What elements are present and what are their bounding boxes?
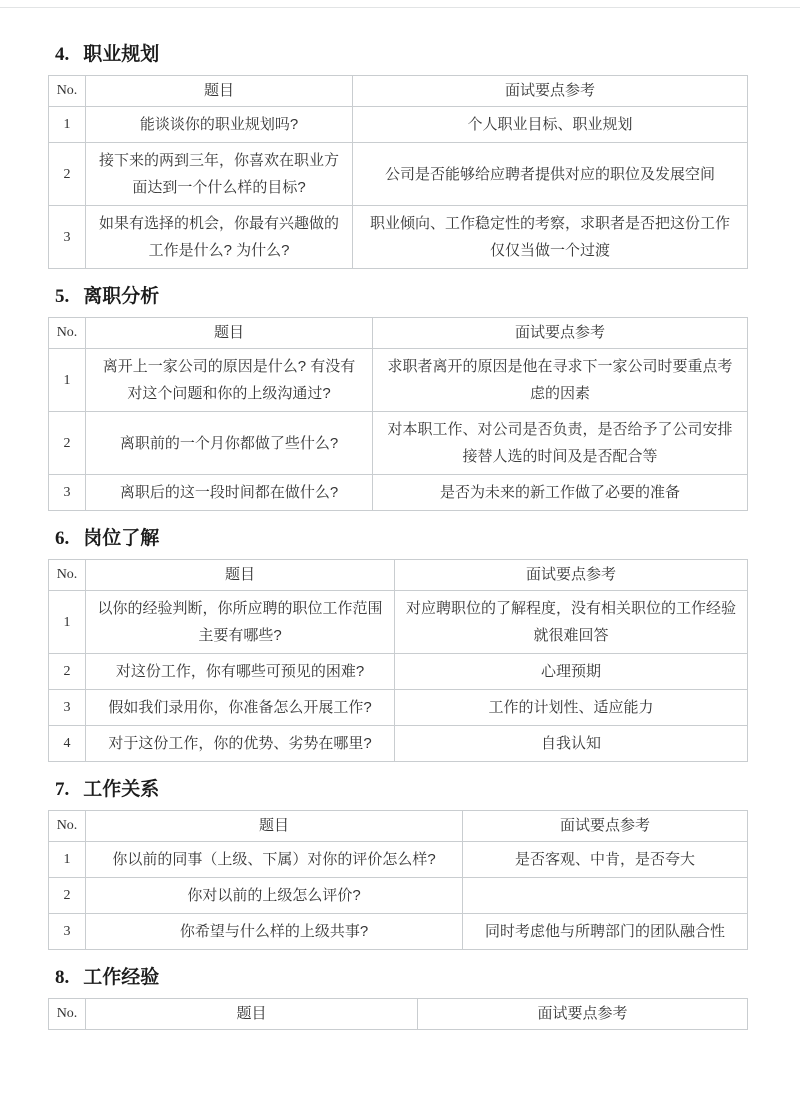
question-cell: 离开上一家公司的原因是什么? 有没有对这个问题和你的上级沟通过? [86, 349, 373, 412]
section-title: 5. 离职分析 [55, 286, 748, 308]
header-cell-question: 题目 [86, 76, 353, 107]
points-cell: 公司是否能够给应聘者提供对应的职位及发展空间 [353, 143, 748, 206]
section-title-text: 岗位了解 [83, 528, 159, 550]
header-cell-question: 题目 [86, 811, 463, 842]
document-page: 4. 职业规划 No. 题目 面试要点参考 1 能谈谈你的职业规划吗? 个人职业… [0, 0, 800, 1030]
row-number-cell: 2 [49, 143, 86, 206]
header-cell-question: 题目 [86, 999, 418, 1030]
section-title-text: 工作关系 [83, 779, 159, 801]
row-number-cell: 2 [49, 412, 86, 475]
table-row: 3 离职后的这一段时间都在做什么? 是否为未来的新工作做了必要的准备 [49, 475, 748, 511]
row-number-cell: 3 [49, 206, 86, 269]
qa-table-work-experience: No. 题目 面试要点参考 [48, 998, 748, 1030]
section-number: 7. [55, 779, 69, 801]
table-row: 2 离职前的一个月你都做了些什么? 对本职工作、对公司是否负责，是否给予了公司安… [49, 412, 748, 475]
table-header-row: No. 题目 面试要点参考 [49, 560, 748, 591]
section-career-planning: 4. 职业规划 No. 题目 面试要点参考 1 能谈谈你的职业规划吗? 个人职业… [48, 44, 748, 269]
header-cell-no: No. [49, 560, 86, 591]
qa-table-career-planning: No. 题目 面试要点参考 1 能谈谈你的职业规划吗? 个人职业目标、职业规划 … [48, 75, 748, 269]
question-cell: 你对以前的上级怎么评价? [86, 878, 463, 914]
section-title: 6. 岗位了解 [55, 528, 748, 550]
qa-table-work-relationships: No. 题目 面试要点参考 1 你以前的同事（上级、下属）对你的评价怎么样? 是… [48, 810, 748, 950]
question-cell: 以你的经验判断，你所应聘的职位工作范围主要有哪些? [86, 591, 395, 654]
section-title-text: 离职分析 [83, 286, 159, 308]
points-cell: 对本职工作、对公司是否负责，是否给予了公司安排接替人选的时间及是否配合等 [373, 412, 748, 475]
table-row: 4 对于这份工作，你的优势、劣势在哪里? 自我认知 [49, 726, 748, 762]
question-cell: 你以前的同事（上级、下属）对你的评价怎么样? [86, 842, 463, 878]
section-work-relationships: 7. 工作关系 No. 题目 面试要点参考 1 你以前的同事（上级、下属）对你的… [48, 779, 748, 950]
header-cell-question: 题目 [86, 318, 373, 349]
points-cell: 求职者离开的原因是他在寻求下一家公司时要重点考虑的因素 [373, 349, 748, 412]
row-number-cell: 3 [49, 475, 86, 511]
question-cell: 能谈谈你的职业规划吗? [86, 107, 353, 143]
question-cell: 对于这份工作，你的优势、劣势在哪里? [86, 726, 395, 762]
row-number-cell: 1 [49, 107, 86, 143]
header-cell-no: No. [49, 811, 86, 842]
header-cell-points: 面试要点参考 [418, 999, 748, 1030]
section-position-understanding: 6. 岗位了解 No. 题目 面试要点参考 1 以你的经验判断，你所应聘的职位工… [48, 528, 748, 762]
header-cell-no: No. [49, 318, 86, 349]
table-row: 3 假如我们录用你，你准备怎么开展工作? 工作的计划性、适应能力 [49, 690, 748, 726]
question-cell: 如果有选择的机会，你最有兴趣做的工作是什么? 为什么? [86, 206, 353, 269]
points-cell: 自我认知 [395, 726, 748, 762]
row-number-cell: 2 [49, 654, 86, 690]
table-header-row: No. 题目 面试要点参考 [49, 76, 748, 107]
points-cell: 个人职业目标、职业规划 [353, 107, 748, 143]
table-row: 2 对这份工作，你有哪些可预见的困难? 心理预期 [49, 654, 748, 690]
question-cell: 离职前的一个月你都做了些什么? [86, 412, 373, 475]
table-row: 1 你以前的同事（上级、下属）对你的评价怎么样? 是否客观、中肯，是否夸大 [49, 842, 748, 878]
question-cell: 接下来的两到三年，你喜欢在职业方面达到一个什么样的目标? [86, 143, 353, 206]
question-cell: 离职后的这一段时间都在做什么? [86, 475, 373, 511]
points-cell: 是否为未来的新工作做了必要的准备 [373, 475, 748, 511]
header-cell-points: 面试要点参考 [463, 811, 748, 842]
row-number-cell: 3 [49, 914, 86, 950]
section-title: 4. 职业规划 [55, 44, 748, 66]
section-title: 7. 工作关系 [55, 779, 748, 801]
section-resignation-analysis: 5. 离职分析 No. 题目 面试要点参考 1 离开上一家公司的原因是什么? 有… [48, 286, 748, 511]
row-number-cell: 1 [49, 842, 86, 878]
points-cell: 同时考虑他与所聘部门的团队融合性 [463, 914, 748, 950]
page-edge-line [0, 7, 800, 8]
points-cell: 心理预期 [395, 654, 748, 690]
header-cell-points: 面试要点参考 [395, 560, 748, 591]
row-number-cell: 1 [49, 591, 86, 654]
header-cell-question: 题目 [86, 560, 395, 591]
table-row: 2 接下来的两到三年，你喜欢在职业方面达到一个什么样的目标? 公司是否能够给应聘… [49, 143, 748, 206]
header-cell-no: No. [49, 76, 86, 107]
section-number: 4. [55, 44, 69, 66]
table-row: 2 你对以前的上级怎么评价? [49, 878, 748, 914]
question-cell: 假如我们录用你，你准备怎么开展工作? [86, 690, 395, 726]
table-header-row: No. 题目 面试要点参考 [49, 999, 748, 1030]
table-row: 1 以你的经验判断，你所应聘的职位工作范围主要有哪些? 对应聘职位的了解程度，没… [49, 591, 748, 654]
points-cell: 对应聘职位的了解程度，没有相关职位的工作经验就很难回答 [395, 591, 748, 654]
row-number-cell: 1 [49, 349, 86, 412]
section-title-text: 职业规划 [83, 44, 159, 66]
header-cell-points: 面试要点参考 [353, 76, 748, 107]
points-cell: 职业倾向、工作稳定性的考察，求职者是否把这份工作仅仅当做一个过渡 [353, 206, 748, 269]
table-row: 1 能谈谈你的职业规划吗? 个人职业目标、职业规划 [49, 107, 748, 143]
table-row: 3 你希望与什么样的上级共事? 同时考虑他与所聘部门的团队融合性 [49, 914, 748, 950]
question-cell: 你希望与什么样的上级共事? [86, 914, 463, 950]
table-row: 3 如果有选择的机会，你最有兴趣做的工作是什么? 为什么? 职业倾向、工作稳定性… [49, 206, 748, 269]
section-number: 5. [55, 286, 69, 308]
header-cell-no: No. [49, 999, 86, 1030]
points-cell [463, 878, 748, 914]
qa-table-position-understanding: No. 题目 面试要点参考 1 以你的经验判断，你所应聘的职位工作范围主要有哪些… [48, 559, 748, 762]
table-row: 1 离开上一家公司的原因是什么? 有没有对这个问题和你的上级沟通过? 求职者离开… [49, 349, 748, 412]
row-number-cell: 2 [49, 878, 86, 914]
header-cell-points: 面试要点参考 [373, 318, 748, 349]
table-header-row: No. 题目 面试要点参考 [49, 811, 748, 842]
row-number-cell: 4 [49, 726, 86, 762]
section-work-experience: 8. 工作经验 No. 题目 面试要点参考 [48, 967, 748, 1030]
section-number: 8. [55, 967, 69, 989]
points-cell: 工作的计划性、适应能力 [395, 690, 748, 726]
section-title-text: 工作经验 [83, 967, 159, 989]
table-header-row: No. 题目 面试要点参考 [49, 318, 748, 349]
section-title: 8. 工作经验 [55, 967, 748, 989]
points-cell: 是否客观、中肯，是否夸大 [463, 842, 748, 878]
section-number: 6. [55, 528, 69, 550]
question-cell: 对这份工作，你有哪些可预见的困难? [86, 654, 395, 690]
qa-table-resignation-analysis: No. 题目 面试要点参考 1 离开上一家公司的原因是什么? 有没有对这个问题和… [48, 317, 748, 511]
row-number-cell: 3 [49, 690, 86, 726]
